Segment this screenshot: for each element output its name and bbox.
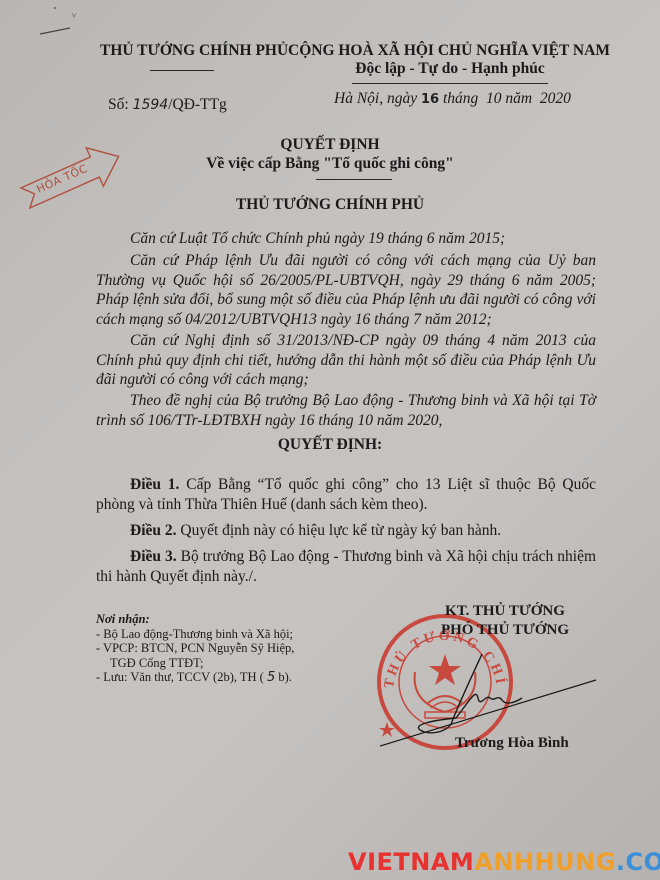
pen-mark <box>30 5 90 40</box>
document-number: Số: 1594/QĐ-TTg <box>108 96 227 114</box>
watermark: VIETNAMANHHUNG.COM <box>348 848 660 876</box>
recipient-item: - Lưu: Văn thư, TCCV (2b), TH ( 5 b). <box>96 670 294 686</box>
preamble-clause: Căn cứ Nghị định số 31/2013/NĐ-CP ngày 0… <box>96 331 596 390</box>
divider <box>150 70 214 71</box>
country-name: CỘNG HOÀ XÃ HỘI CHỦ NGHĨA VIỆT NAM <box>288 42 610 60</box>
divider <box>352 83 548 84</box>
recipient-item: TGĐ Cổng TTĐT; <box>96 656 294 671</box>
signer-name: Trương Hòa Bình <box>455 735 569 752</box>
preamble-clause: Căn cứ Luật Tổ chức Chính phủ ngày 19 th… <box>96 229 596 249</box>
article-1: Điều 1. Cấp Bằng “Tổ quốc ghi công” cho … <box>96 475 596 515</box>
document-subject: Về việc cấp Bằng "Tổ quốc ghi công" <box>0 155 660 173</box>
issuer-name: THỦ TƯỚNG CHÍNH PHỦ <box>100 42 288 60</box>
signature-title-1: KT. THỦ TƯỚNG <box>390 603 620 620</box>
recipient-item: - VPCP: BTCN, PCN Nguyễn Sỹ Hiệp, <box>96 641 294 656</box>
issuing-authority: THỦ TƯỚNG CHÍNH PHỦ <box>0 196 660 214</box>
signature-title-2: PHÓ THỦ TƯỚNG <box>390 622 620 639</box>
divider <box>316 179 392 180</box>
recipients-list: Nơi nhận: - Bộ Lao động-Thương binh và X… <box>96 612 294 686</box>
issue-date: Hà Nội, ngày 16 tháng 10 năm 2020 <box>334 90 571 108</box>
recipients-heading: Nơi nhận: <box>96 612 294 627</box>
article-2: Điều 2. Quyết định này có hiệu lực kể từ… <box>96 521 596 541</box>
handwritten-number: 1594 <box>133 97 169 113</box>
decision-heading: QUYẾT ĐỊNH: <box>0 436 660 454</box>
preamble-clause: Theo đề nghị của Bộ trưởng Bộ Lao động -… <box>96 391 596 430</box>
document-type: QUYẾT ĐỊNH <box>0 136 660 154</box>
article-3: Điều 3. Bộ trưởng Bộ Lao động - Thương b… <box>96 547 596 587</box>
preamble-clause: Căn cứ Pháp lệnh Ưu đãi người có công vớ… <box>96 251 596 329</box>
national-motto: Độc lập - Tự do - Hạnh phúc <box>300 60 600 78</box>
recipient-item: - Bộ Lao động-Thương binh và Xã hội; <box>96 627 294 642</box>
